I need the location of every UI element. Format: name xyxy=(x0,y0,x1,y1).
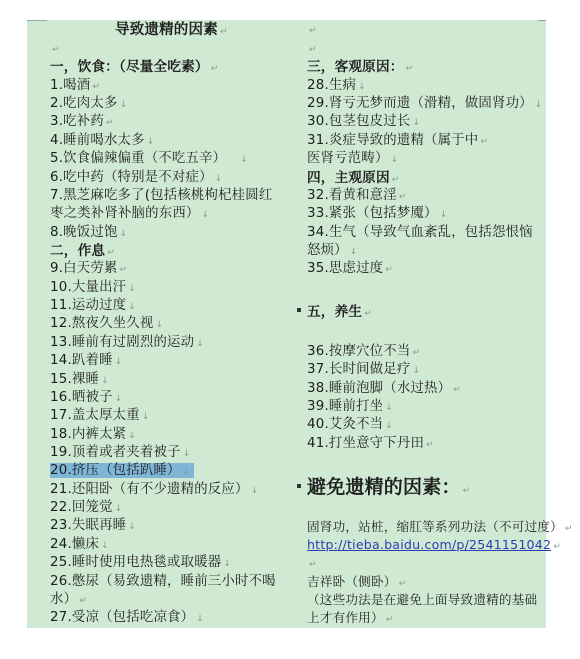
section-heading-objective: 三，客观原因：↵ xyxy=(307,58,413,78)
section-heading-diet: 一，饮食：（尽量全吃素）↵ xyxy=(50,58,218,78)
list-item: 10.大量出汗↓ xyxy=(50,279,136,298)
selected-list-item[interactable]: 20.挤压（包括趴睡）↓ xyxy=(50,462,194,481)
list-item: 14.趴着睡↓ xyxy=(50,352,122,371)
empty-paragraph: ↵ xyxy=(307,40,317,59)
list-item: 7.黑芝麻吃多了(包括核桃枸杞桂圆红 xyxy=(50,187,272,205)
empty-paragraph: ↵ xyxy=(307,555,317,574)
empty-paragraph: ↵ xyxy=(50,40,60,59)
list-item: 40.艾灸不当↓ xyxy=(307,416,393,435)
list-item: 18.内裤太紧↓ xyxy=(50,426,136,445)
list-item: 38.睡前泡脚（水过热）↵ xyxy=(307,380,461,399)
list-item: 23.失眠再睡↓ xyxy=(50,517,136,536)
list-item: 19.顶着或者夹着被子↓ xyxy=(50,444,190,463)
list-item: 31.炎症导致的遗精（属于中↵ xyxy=(307,132,488,151)
bullet-icon xyxy=(297,484,301,488)
list-item: 15.裸睡↓ xyxy=(50,371,109,390)
list-item: 5.饮食偏辣偏重（不吃五辛）↓ xyxy=(50,150,248,169)
margin-corner-mark xyxy=(538,20,546,21)
section-heading-routine: 二，作息↵ xyxy=(50,242,115,262)
list-item: 17.盖太厚太重↓ xyxy=(50,407,150,426)
section-heading-subjective: 四，主观原因↵ xyxy=(307,169,400,189)
list-item: 1.喝酒↵ xyxy=(50,77,100,96)
list-item-continuation: 怒烦）↓ xyxy=(307,242,358,261)
list-item: 2.吃肉太多↓ xyxy=(50,95,127,114)
list-item-continuation: 枣之类补肾补脑的东西）↓ xyxy=(50,205,209,224)
list-item: 35.思虑过度↵ xyxy=(307,260,393,279)
list-item: 22.回笼觉↓ xyxy=(50,499,122,518)
list-item: 41.打坐意守下丹田↵ xyxy=(307,435,434,454)
document-title: 导致遗精的因素↵ xyxy=(115,21,228,41)
section-heading-health: 五，养生↵ xyxy=(297,303,372,323)
list-item-continuation: 水）↵ xyxy=(50,591,87,610)
list-item: 12.熬夜久坐久视↓ xyxy=(50,315,163,334)
list-item: 26.憋尿（易致遗精，睡前三小时不喝 xyxy=(50,573,276,591)
list-item: 8.晚饭过饱↓ xyxy=(50,224,127,243)
list-item: 6.吃中药（特别是不对症）↓ xyxy=(50,169,222,188)
list-item: 30.包茎包皮过长↓ xyxy=(307,113,420,132)
tieba-link[interactable]: http://tieba.baidu.com/p/2541151042 xyxy=(307,537,551,552)
list-item: 37.长时间做足疗↓ xyxy=(307,361,420,380)
bullet-icon xyxy=(297,308,301,312)
note-text: （这些功法是在避免上面导致遗精的基础 xyxy=(307,591,537,609)
list-item: 4.睡前喝水太多↓ xyxy=(50,132,154,151)
list-item: 27.受凉（包括吃凉食）↓ xyxy=(50,609,204,628)
list-item: 3.吃补药↵ xyxy=(50,113,114,132)
list-item: 9.白天劳累↵ xyxy=(50,260,127,279)
list-item: 29.肾亏无梦而遗（滑精，做固肾功）↓ xyxy=(307,95,543,114)
list-item: 34.生气（导致气血紊乱，包括怨恨恼 xyxy=(307,224,533,242)
list-item: 13.睡前有过剧烈的运动↓ xyxy=(50,334,204,353)
list-item: 36.按摩穴位不当↵ xyxy=(307,343,420,362)
list-item: 24.懒床↓ xyxy=(50,536,109,555)
list-item: 11.运动过度↓ xyxy=(50,297,136,316)
avoid-factors-heading: 避免遗精的因素：↵ xyxy=(297,475,470,503)
list-item: 21.还阳卧（有不少遗精的反应）↓ xyxy=(50,481,258,500)
empty-paragraph: ↵ xyxy=(307,21,317,40)
margin-corner-mark xyxy=(27,20,47,21)
note-text-continuation: 上才有作用）↵ xyxy=(307,609,394,629)
reference-link-line: http://tieba.baidu.com/p/2541151042↵ xyxy=(307,536,561,556)
list-item: 28.生病↓ xyxy=(307,77,366,96)
list-item: 16.晒被子↓ xyxy=(50,389,122,408)
list-item-continuation: 医肾亏范畴）↓ xyxy=(307,150,398,169)
list-item: 39.睡前打坐↓ xyxy=(307,398,393,417)
list-item: 32.看黄和意淫↵ xyxy=(307,187,407,206)
posture-text: 吉祥卧（侧卧）↵ xyxy=(307,573,406,593)
list-item: 25.睡时使用电热毯或取暖器↓ xyxy=(50,554,231,573)
list-item: 33.紧张（包括梦魇）↓ xyxy=(307,205,447,224)
method-text: 固肾功，站桩，缩肛等系列功法（不可过度）↵ xyxy=(307,518,573,538)
